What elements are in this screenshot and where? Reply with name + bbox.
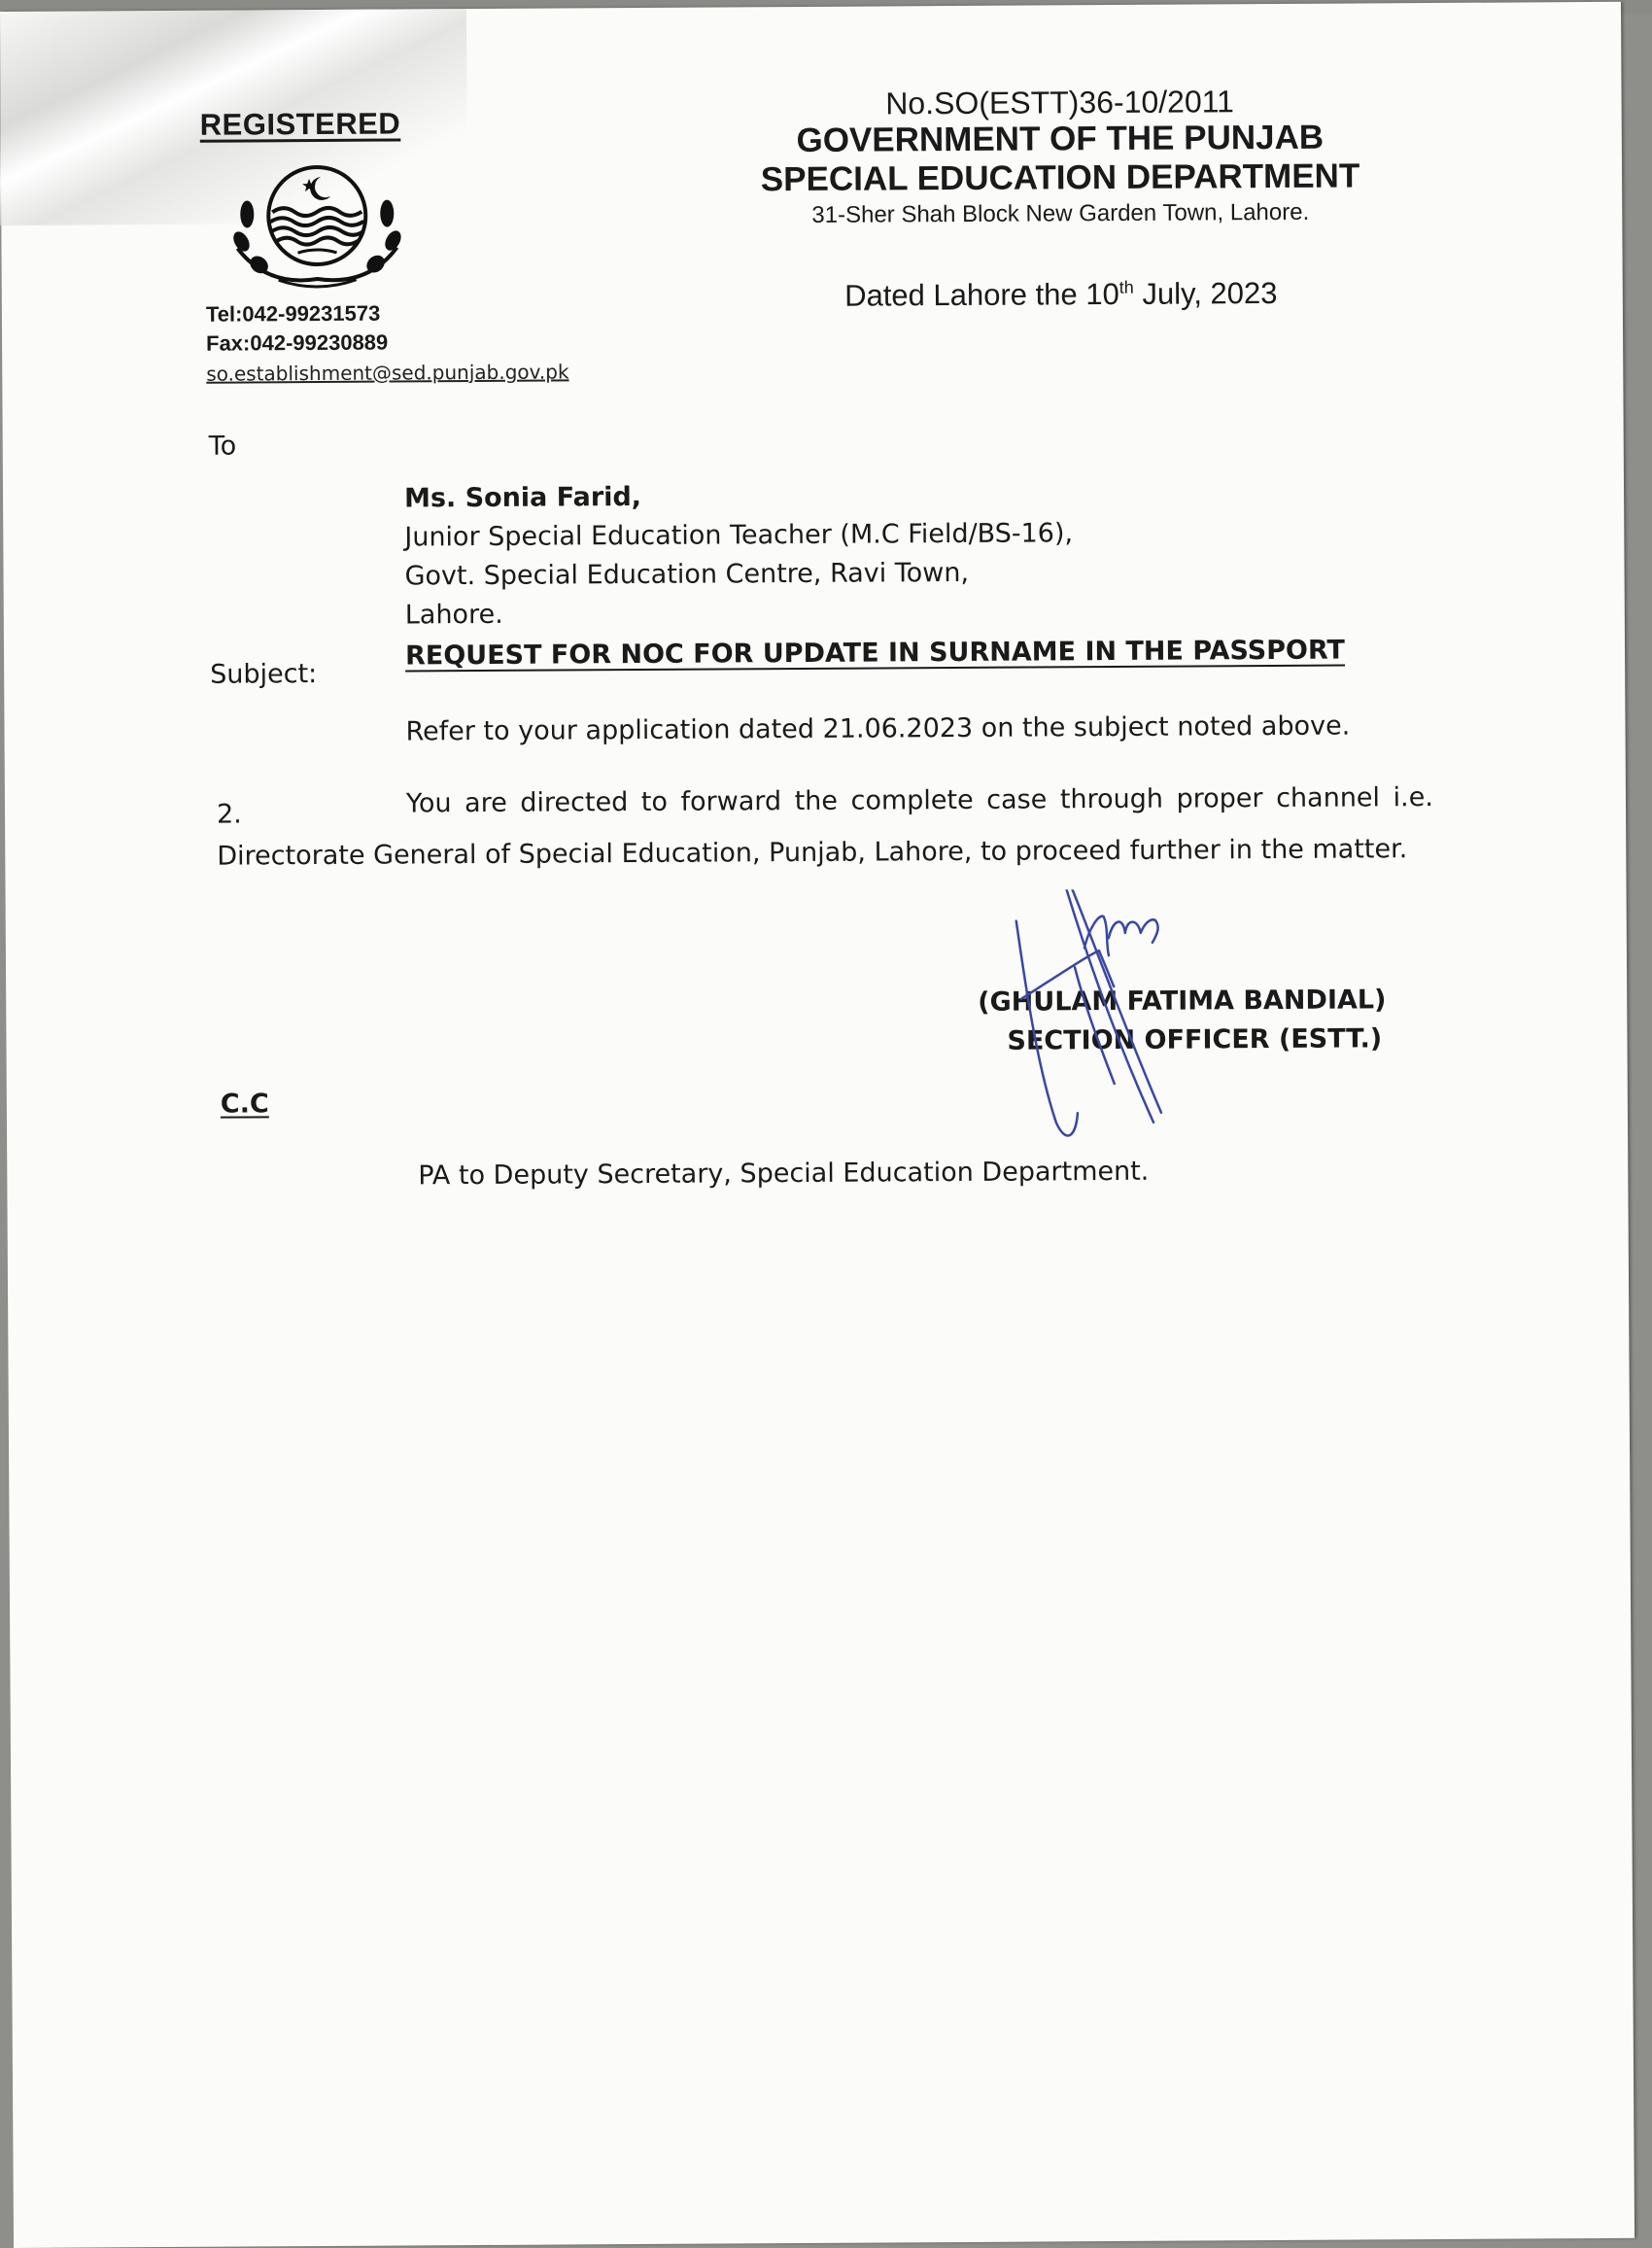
government-title: GOVERNMENT OF THE PUNJAB xyxy=(720,118,1400,160)
paragraph-1: Refer to your application dated 21.06.20… xyxy=(405,711,1350,747)
letter-date: Dated Lahore the 10th July, 2023 xyxy=(721,275,1401,314)
punjab-emblem-icon xyxy=(220,155,415,301)
paragraph-2-line-1: You are directed to forward the complete… xyxy=(406,782,1433,818)
recipient-office: Govt. Special Education Centre, Ravi Tow… xyxy=(404,558,969,592)
department-title: SPECIAL EDUCATION DEPARTMENT xyxy=(720,156,1400,199)
cc-recipient: PA to Deputy Secretary, Special Educatio… xyxy=(418,1157,1149,1192)
subject-label: Subject: xyxy=(210,659,317,690)
reference-number: No.SO(ESTT)36-10/2011 xyxy=(719,83,1399,122)
date-rest: July, 2023 xyxy=(1134,276,1278,311)
recipient-designation: Junior Special Education Teacher (M.C Fi… xyxy=(404,518,1073,552)
fax-number: Fax:042-99230889 xyxy=(206,330,388,357)
subject-text: REQUEST FOR NOC FOR UPDATE IN SURNAME IN… xyxy=(405,636,1345,672)
email-link[interactable]: so.establishment@sed.punjab.gov.pk xyxy=(206,360,568,385)
recipient-city: Lahore. xyxy=(405,600,503,631)
telephone-number: Tel:042-99231573 xyxy=(206,301,381,328)
paragraph-2-line-2: Directorate General of Special Education… xyxy=(217,834,1407,871)
paragraph-2-number: 2. xyxy=(217,799,242,829)
cc-label: C.C xyxy=(221,1089,269,1119)
to-label: To xyxy=(209,432,237,462)
recipient-name: Ms. Sonia Farid, xyxy=(404,482,641,513)
handwritten-signature-icon xyxy=(978,888,1271,1143)
registered-label: REGISTERED xyxy=(200,106,401,142)
date-ordinal: th xyxy=(1119,278,1134,297)
letter-page: REGISTERED Tel:042-99231573 Fax:042-9923… xyxy=(0,2,1635,2248)
department-address: 31-Sher Shah Block New Garden Town, Laho… xyxy=(720,198,1400,229)
date-prefix: Dated Lahore the 10 xyxy=(844,277,1119,313)
